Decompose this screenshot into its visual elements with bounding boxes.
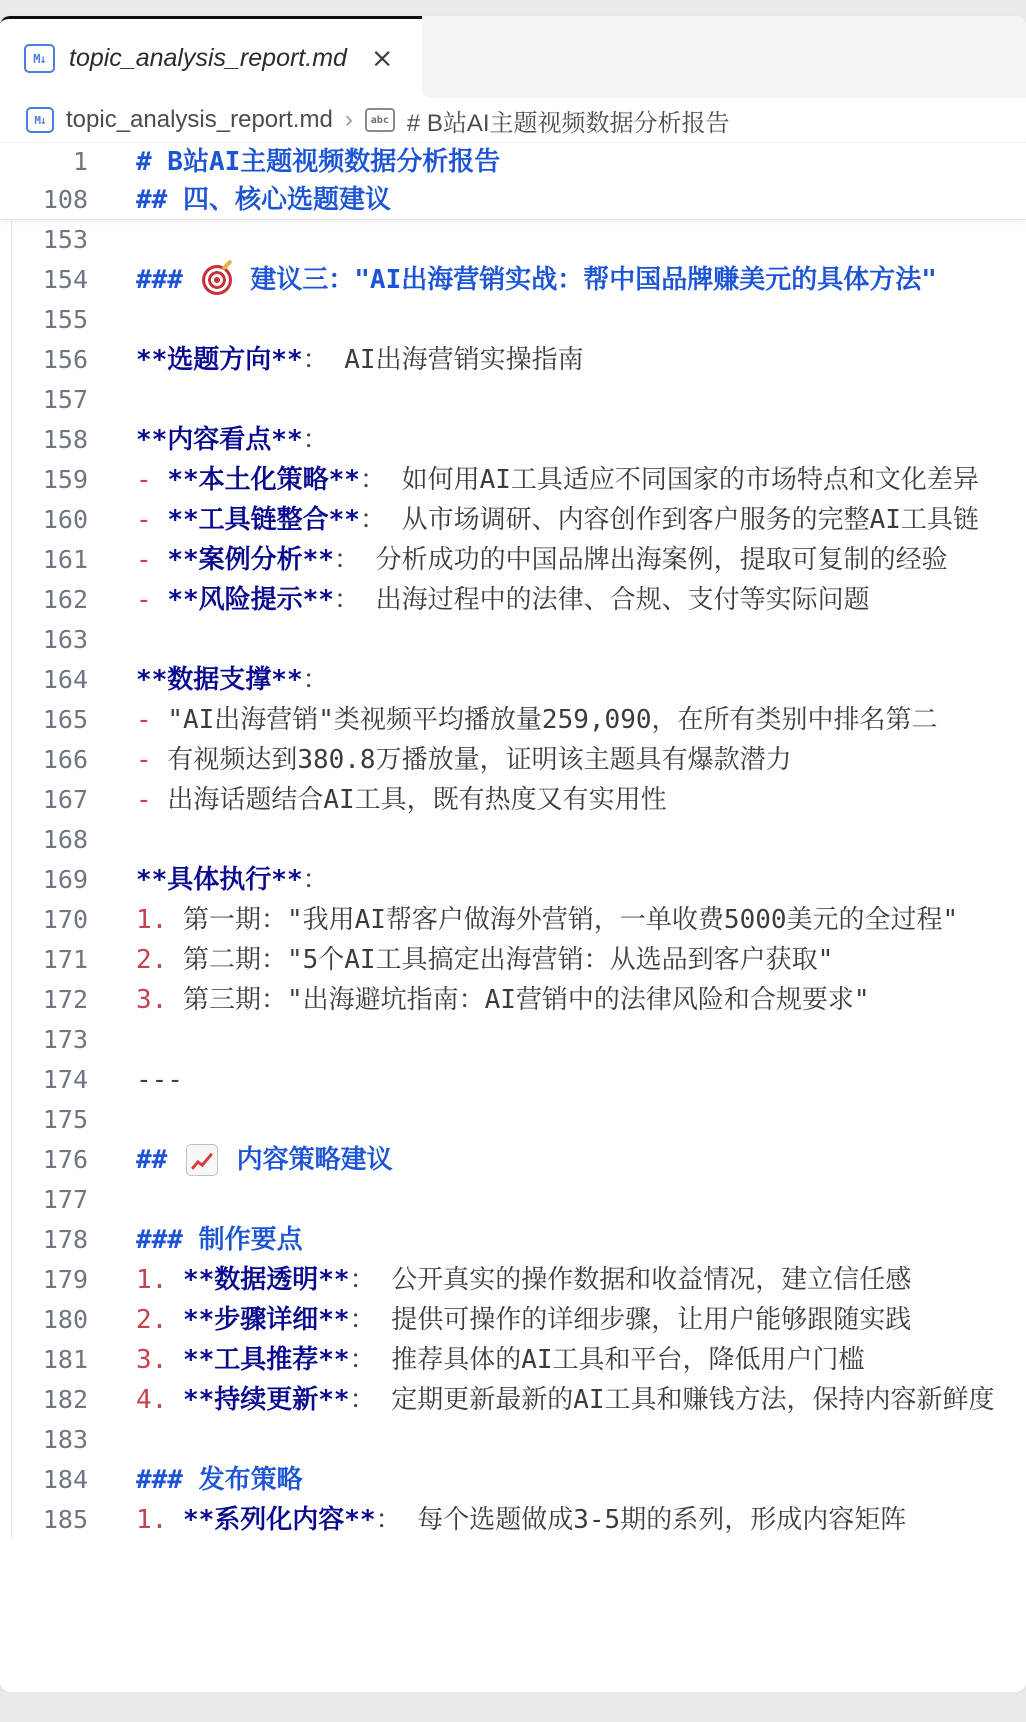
code-line[interactable]: 154### 建议三："AI出海营销实战：帮中国品牌赚美元的具体方法" [0, 260, 1026, 300]
line-text [136, 300, 1026, 340]
line-text: 3. 第三期："出海避坑指南：AI营销中的法律风险和合规要求" [136, 980, 1026, 1020]
text-segment: ： 出海过程中的法律、合规、支付等实际问题 [334, 580, 870, 620]
line-text: - "AI出海营销"类视频平均播放量259,090，在所有类别中排名第二 [136, 700, 1026, 740]
text-segment: - [136, 700, 167, 740]
line-text: - 出海话题结合AI工具，既有热度又有实用性 [136, 780, 1026, 820]
code-line[interactable]: 167- 出海话题结合AI工具，既有热度又有实用性 [0, 780, 1026, 820]
line-text [136, 1420, 1026, 1460]
line-number: 163 [0, 620, 88, 660]
breadcrumb-item-file[interactable]: M↓ topic_analysis_report.md [26, 106, 333, 134]
code-lines: 153154### 建议三："AI出海营销实战：帮中国品牌赚美元的具体方法"15… [0, 220, 1026, 1540]
code-line[interactable]: 169**具体执行**： [0, 860, 1026, 900]
line-number: 156 [0, 340, 88, 380]
chevron-right-icon: › [345, 106, 353, 134]
code-line[interactable]: 156**选题方向**： AI出海营销实操指南 [0, 340, 1026, 380]
text-segment: - [136, 740, 167, 780]
code-line[interactable]: 158**内容看点**： [0, 420, 1026, 460]
code-line[interactable]: 1813. **工具推荐**： 推荐具体的AI工具和平台，降低用户门槛 [0, 1340, 1026, 1380]
code-line[interactable]: 174--- [0, 1060, 1026, 1100]
text-segment: **风险提示** [167, 580, 334, 620]
code-line[interactable]: 178### 制作要点 [0, 1220, 1026, 1260]
line-text: 4. **持续更新**： 定期更新最新的AI工具和赚钱方法，保持内容新鲜度 [136, 1380, 1026, 1420]
text-segment: **本土化策略** [167, 460, 360, 500]
line-text [136, 1180, 1026, 1220]
text-segment: 第三期："出海避坑指南：AI营销中的法律风险和合规要求" [183, 980, 870, 1020]
tab-bar: M↓ topic_analysis_report.md × [0, 16, 1026, 98]
text-segment: ： 推荐具体的AI工具和平台，降低用户门槛 [350, 1340, 865, 1380]
markdown-file-icon: M↓ [26, 107, 54, 133]
breadcrumb: M↓ topic_analysis_report.md › abc # B站AI… [0, 98, 1026, 142]
text-segment: **案例分析** [167, 540, 334, 580]
line-number: 166 [0, 740, 88, 780]
text-segment: **步骤详细** [183, 1300, 350, 1340]
breadcrumb-item-symbol[interactable]: abc # B站AI主题视频数据分析报告 [365, 103, 730, 138]
line-number: 108 [0, 181, 88, 219]
line-number: 161 [0, 540, 88, 580]
text-segment: ： [303, 420, 329, 460]
text-segment: 1. [136, 900, 183, 940]
close-icon[interactable]: × [371, 45, 394, 72]
code-line[interactable]: 108## 四、核心选题建议 [0, 181, 1026, 219]
code-line[interactable]: 165- "AI出海营销"类视频平均播放量259,090，在所有类别中排名第二 [0, 700, 1026, 740]
text-segment: **具体执行** [136, 860, 303, 900]
line-number: 176 [0, 1140, 88, 1180]
text-segment: **选题方向** [136, 340, 303, 380]
code-line[interactable]: 168 [0, 820, 1026, 860]
text-segment: 内容策略建议 [221, 1140, 393, 1180]
text-segment: ： 定期更新最新的AI工具和赚钱方法，保持内容新鲜度 [350, 1380, 995, 1420]
text-segment: ： [303, 660, 329, 700]
line-text: 1. **系列化内容**： 每个选题做成3-5期的系列，形成内容矩阵 [136, 1500, 1026, 1540]
code-editor: 1# B站AI主题视频数据分析报告108## 四、核心选题建议 153154##… [0, 142, 1026, 1540]
code-line[interactable]: 166- 有视频达到380.8万播放量，证明该主题具有爆款潜力 [0, 740, 1026, 780]
text-segment: ## [136, 1140, 183, 1180]
line-text: 2. 第二期："5个AI工具搞定出海营销：从选品到客户获取" [136, 940, 1026, 980]
line-text: 3. **工具推荐**： 推荐具体的AI工具和平台，降低用户门槛 [136, 1340, 1026, 1380]
line-number: 168 [0, 820, 88, 860]
line-number: 164 [0, 660, 88, 700]
text-segment: 第一期："我用AI帮客户做海外营销，一单收费5000美元的全过程" [183, 900, 958, 940]
markdown-file-icon: M↓ [24, 44, 55, 73]
text-segment: - [136, 500, 167, 540]
line-number: 173 [0, 1020, 88, 1060]
line-number: 179 [0, 1260, 88, 1300]
sticky-scroll-headings: 1# B站AI主题视频数据分析报告108## 四、核心选题建议 [0, 142, 1026, 220]
line-text [136, 380, 1026, 420]
text-segment: 1. [136, 1500, 183, 1540]
line-text: # B站AI主题视频数据分析报告 [136, 143, 1026, 181]
line-number: 175 [0, 1100, 88, 1140]
text-segment: - [136, 780, 167, 820]
code-line[interactable]: 176## 内容策略建议 [0, 1140, 1026, 1180]
text-segment: **工具推荐** [183, 1340, 350, 1380]
line-number: 153 [0, 220, 88, 260]
line-text: **数据支撑**： [136, 660, 1026, 700]
line-text [136, 1100, 1026, 1140]
text-segment: 建议三："AI出海营销实战：帮中国品牌赚美元的具体方法" [235, 260, 937, 300]
line-number: 183 [0, 1420, 88, 1460]
line-text [136, 620, 1026, 660]
tab-title: topic_analysis_report.md [69, 44, 347, 73]
line-number: 1 [0, 143, 88, 181]
code-line[interactable]: 183 [0, 1420, 1026, 1460]
text-segment: - [136, 460, 167, 500]
code-line[interactable]: 184### 发布策略 [0, 1460, 1026, 1500]
code-line[interactable]: 162- **风险提示**： 出海过程中的法律、合规、支付等实际问题 [0, 580, 1026, 620]
line-number: 165 [0, 700, 88, 740]
text-segment: 3. [136, 1340, 183, 1380]
line-text: - **案例分析**： 分析成功的中国品牌出海案例，提取可复制的经验 [136, 540, 1026, 580]
line-number: 171 [0, 940, 88, 980]
text-segment: **工具链整合** [167, 500, 360, 540]
text-segment: 有视频达到380.8万播放量，证明该主题具有爆款潜力 [167, 740, 791, 780]
line-text: ### 发布策略 [136, 1460, 1026, 1500]
line-text: - 有视频达到380.8万播放量，证明该主题具有爆款潜力 [136, 740, 1026, 780]
text-segment: 3. [136, 980, 183, 1020]
code-line[interactable]: 1802. **步骤详细**： 提供可操作的详细步骤，让用户能够跟随实践 [0, 1300, 1026, 1340]
code-line[interactable]: 160- **工具链整合**： 从市场调研、内容创作到客户服务的完整AI工具链 [0, 500, 1026, 540]
code-line[interactable]: 1# B站AI主题视频数据分析报告 [0, 143, 1026, 181]
text-segment: ： 每个选题做成3-5期的系列，形成内容矩阵 [376, 1500, 907, 1540]
text-segment: - [136, 580, 167, 620]
code-line[interactable]: 1824. **持续更新**： 定期更新最新的AI工具和赚钱方法，保持内容新鲜度 [0, 1380, 1026, 1420]
line-number: 158 [0, 420, 88, 460]
text-segment: ： AI出海营销实操指南 [303, 340, 584, 380]
text-segment: ## 四、核心选题建议 [136, 181, 391, 219]
code-line[interactable]: 157 [0, 380, 1026, 420]
line-text: --- [136, 1060, 1026, 1100]
code-line[interactable]: 175 [0, 1100, 1026, 1140]
text-segment: ： [303, 860, 329, 900]
code-line[interactable]: 177 [0, 1180, 1026, 1220]
line-number: 178 [0, 1220, 88, 1260]
line-number: 154 [0, 260, 88, 300]
code-line[interactable]: 1723. 第三期："出海避坑指南：AI营销中的法律风险和合规要求" [0, 980, 1026, 1020]
line-text: - **工具链整合**： 从市场调研、内容创作到客户服务的完整AI工具链 [136, 500, 1026, 540]
line-number: 182 [0, 1380, 88, 1420]
code-line[interactable]: 1712. 第二期："5个AI工具搞定出海营销：从选品到客户获取" [0, 940, 1026, 980]
code-line[interactable]: 153 [0, 220, 1026, 260]
line-number: 174 [0, 1060, 88, 1100]
text-segment: **持续更新** [183, 1380, 350, 1420]
chart-up-icon [186, 1144, 218, 1176]
text-segment: ： 公开真实的操作数据和收益情况，建立信任感 [350, 1260, 912, 1300]
breadcrumb-file-name: topic_analysis_report.md [66, 106, 333, 134]
code-line[interactable]: 159- **本土化策略**： 如何用AI工具适应不同国家的市场特点和文化差异 [0, 460, 1026, 500]
text-segment: **内容看点** [136, 420, 303, 460]
line-number: 159 [0, 460, 88, 500]
line-text [136, 820, 1026, 860]
text-segment: 1. [136, 1260, 183, 1300]
code-line[interactable]: 1791. **数据透明**： 公开真实的操作数据和收益情况，建立信任感 [0, 1260, 1026, 1300]
code-line[interactable]: 1701. 第一期："我用AI帮客户做海外营销，一单收费5000美元的全过程" [0, 900, 1026, 940]
line-number: 162 [0, 580, 88, 620]
breadcrumb-symbol-name: # B站AI主题视频数据分析报告 [407, 103, 730, 138]
line-text: **内容看点**： [136, 420, 1026, 460]
line-number: 157 [0, 380, 88, 420]
line-text: 1. 第一期："我用AI帮客户做海外营销，一单收费5000美元的全过程" [136, 900, 1026, 940]
line-number: 160 [0, 500, 88, 540]
text-segment: ： 分析成功的中国品牌出海案例，提取可复制的经验 [334, 540, 948, 580]
line-text: 1. **数据透明**： 公开真实的操作数据和收益情况，建立信任感 [136, 1260, 1026, 1300]
text-segment: ### 制作要点 [136, 1220, 303, 1260]
line-text: **具体执行**： [136, 860, 1026, 900]
line-text: ## 四、核心选题建议 [136, 181, 1026, 219]
line-number: 170 [0, 900, 88, 940]
text-segment: 2. [136, 1300, 183, 1340]
line-number: 169 [0, 860, 88, 900]
line-number: 177 [0, 1180, 88, 1220]
target-icon [202, 265, 232, 295]
text-segment: 4. [136, 1380, 183, 1420]
text-segment: 出海话题结合AI工具，既有热度又有实用性 [167, 780, 666, 820]
line-text: - **本土化策略**： 如何用AI工具适应不同国家的市场特点和文化差异 [136, 460, 1026, 500]
text-segment: 第二期："5个AI工具搞定出海营销：从选品到客户获取" [183, 940, 833, 980]
text-segment: ： 如何用AI工具适应不同国家的市场特点和文化差异 [360, 460, 979, 500]
tab-topic-analysis-report[interactable]: M↓ topic_analysis_report.md × [0, 16, 422, 98]
text-segment: **数据透明** [183, 1260, 350, 1300]
tab-bar-empty-area [422, 16, 1026, 98]
line-text: **选题方向**： AI出海营销实操指南 [136, 340, 1026, 380]
line-number: 181 [0, 1340, 88, 1380]
text-segment: ### 发布策略 [136, 1460, 303, 1500]
text-segment: ： 提供可操作的详细步骤，让用户能够跟随实践 [350, 1300, 912, 1340]
text-segment: ### [136, 260, 199, 300]
text-segment: "AI出海营销"类视频平均播放量259,090，在所有类别中排名第二 [167, 700, 937, 740]
text-segment: - [136, 540, 167, 580]
line-text [136, 220, 1026, 260]
line-number: 180 [0, 1300, 88, 1340]
text-segment: ： 从市场调研、内容创作到客户服务的完整AI工具链 [360, 500, 979, 540]
line-text: 2. **步骤详细**： 提供可操作的详细步骤，让用户能够跟随实践 [136, 1300, 1026, 1340]
text-segment: --- [136, 1060, 183, 1100]
line-number: 167 [0, 780, 88, 820]
line-text: - **风险提示**： 出海过程中的法律、合规、支付等实际问题 [136, 580, 1026, 620]
line-number: 185 [0, 1500, 88, 1540]
code-line[interactable]: 1851. **系列化内容**： 每个选题做成3-5期的系列，形成内容矩阵 [0, 1500, 1026, 1540]
line-text: ### 建议三："AI出海营销实战：帮中国品牌赚美元的具体方法" [136, 260, 1026, 300]
line-text [136, 1020, 1026, 1060]
line-number: 155 [0, 300, 88, 340]
editor-window: M↓ topic_analysis_report.md × M↓ topic_a… [0, 16, 1026, 1692]
text-segment: 2. [136, 940, 183, 980]
text-segment: # B站AI主题视频数据分析报告 [136, 143, 500, 181]
code-line[interactable]: 161- **案例分析**： 分析成功的中国品牌出海案例，提取可复制的经验 [0, 540, 1026, 580]
line-text: ## 内容策略建议 [136, 1140, 1026, 1180]
text-segment: **数据支撑** [136, 660, 303, 700]
line-number: 172 [0, 980, 88, 1020]
window: { "tab": { "title": "topic_analysis_repo… [0, 0, 1026, 1722]
text-segment: **系列化内容** [183, 1500, 376, 1540]
window-background-strip [0, 1692, 1026, 1722]
line-text: ### 制作要点 [136, 1220, 1026, 1260]
string-symbol-icon: abc [365, 108, 395, 132]
line-number: 184 [0, 1460, 88, 1500]
code-line[interactable]: 155 [0, 300, 1026, 340]
code-line[interactable]: 164**数据支撑**： [0, 660, 1026, 700]
code-line[interactable]: 163 [0, 620, 1026, 660]
code-line[interactable]: 173 [0, 1020, 1026, 1060]
